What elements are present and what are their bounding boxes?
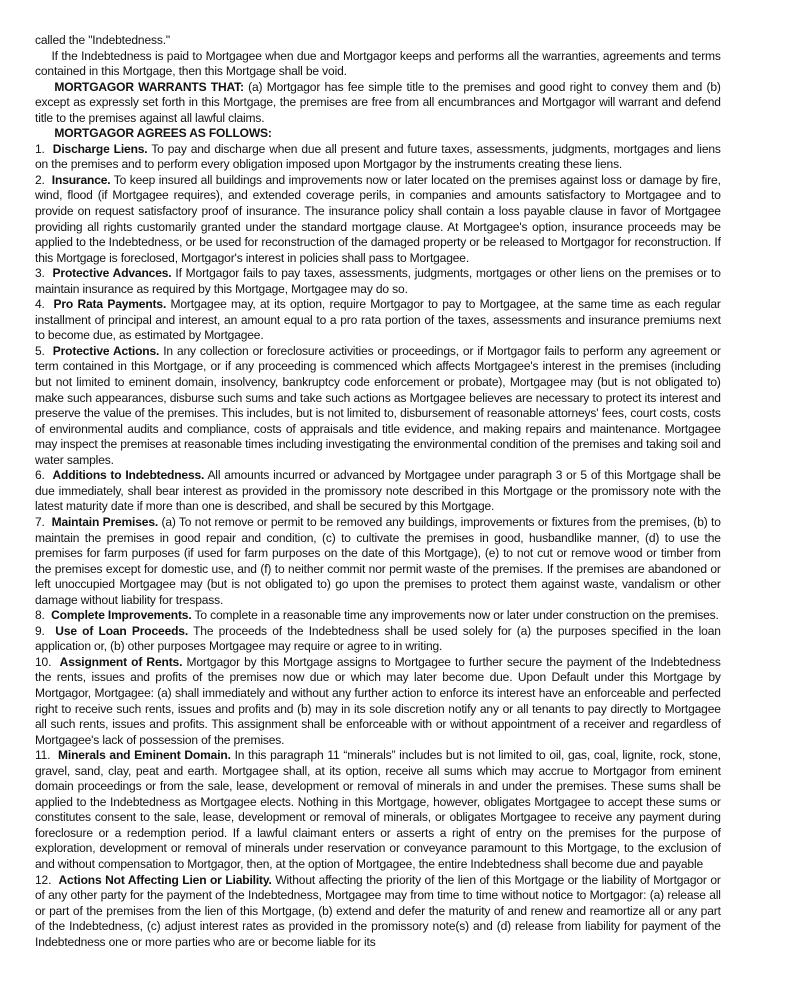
section-number: 7. (35, 515, 45, 529)
section-number: 4. (35, 297, 45, 311)
section-11: 11. Minerals and Eminent Domain. In this… (35, 748, 721, 872)
section-number: 11. (35, 748, 50, 762)
section-number: 10. (35, 655, 51, 669)
document-page: called the "Indebtedness." If the Indebt… (35, 33, 721, 950)
section-9: 9. Use of Loan Proceeds. The proceeds of… (35, 624, 721, 655)
section-8: 8. Complete Improvements. To complete in… (35, 608, 721, 624)
section-text: To keep insured all buildings and improv… (35, 173, 721, 265)
section-title: Minerals and Eminent Domain. (58, 748, 231, 762)
section-number: 2. (35, 173, 45, 187)
section-7: 7. Maintain Premises. (a) To not remove … (35, 515, 721, 608)
section-number: 6. (35, 468, 45, 482)
section-text: In any collection or foreclosure activit… (35, 344, 721, 467)
section-title: Additions to Indebtedness. (52, 468, 204, 482)
void-clause: If the Indebtedness is paid to Mortgagee… (35, 49, 721, 80)
section-number: 12. (35, 873, 51, 887)
agrees-heading: MORTGAGOR AGREES AS FOLLOWS: (35, 126, 721, 142)
section-text: To complete in a reasonable time any imp… (192, 608, 719, 622)
section-number: 9. (35, 624, 45, 638)
section-title: Assignment of Rents. (60, 655, 183, 669)
section-3: 3. Protective Advances. If Mortgagor fai… (35, 266, 721, 297)
section-title: Discharge Liens. (53, 142, 148, 156)
section-4: 4. Pro Rata Payments. Mortgagee may, at … (35, 297, 721, 344)
section-title: Pro Rata Payments. (54, 297, 167, 311)
section-title: Actions Not Affecting Lien or Liability. (58, 873, 271, 887)
warrants-paragraph: MORTGAGOR WARRANTS THAT: (a) Mortgagor h… (35, 80, 721, 127)
section-number: 3. (35, 266, 45, 280)
warrants-heading: MORTGAGOR WARRANTS THAT: (54, 80, 243, 94)
section-12: 12. Actions Not Affecting Lien or Liabil… (35, 873, 721, 951)
section-2: 2. Insurance. To keep insured all buildi… (35, 173, 721, 266)
section-1: 1. Discharge Liens. To pay and discharge… (35, 142, 721, 173)
section-number: 5. (35, 344, 45, 358)
section-title: Complete Improvements. (51, 608, 191, 622)
section-title: Protective Advances. (53, 266, 172, 280)
section-title: Maintain Premises. (52, 515, 158, 529)
opening-line: called the "Indebtedness." (35, 33, 721, 49)
section-title: Use of Loan Proceeds. (55, 624, 188, 638)
section-number: 8. (35, 608, 45, 622)
section-title: Protective Actions. (53, 344, 159, 358)
section-number: 1. (35, 142, 45, 156)
section-5: 5. Protective Actions. In any collection… (35, 344, 721, 468)
section-6: 6. Additions to Indebtedness. All amount… (35, 468, 721, 515)
section-10: 10. Assignment of Rents. Mortgagor by th… (35, 655, 721, 748)
section-text: In this paragraph 11 “minerals” includes… (35, 748, 721, 871)
section-title: Insurance. (52, 173, 111, 187)
